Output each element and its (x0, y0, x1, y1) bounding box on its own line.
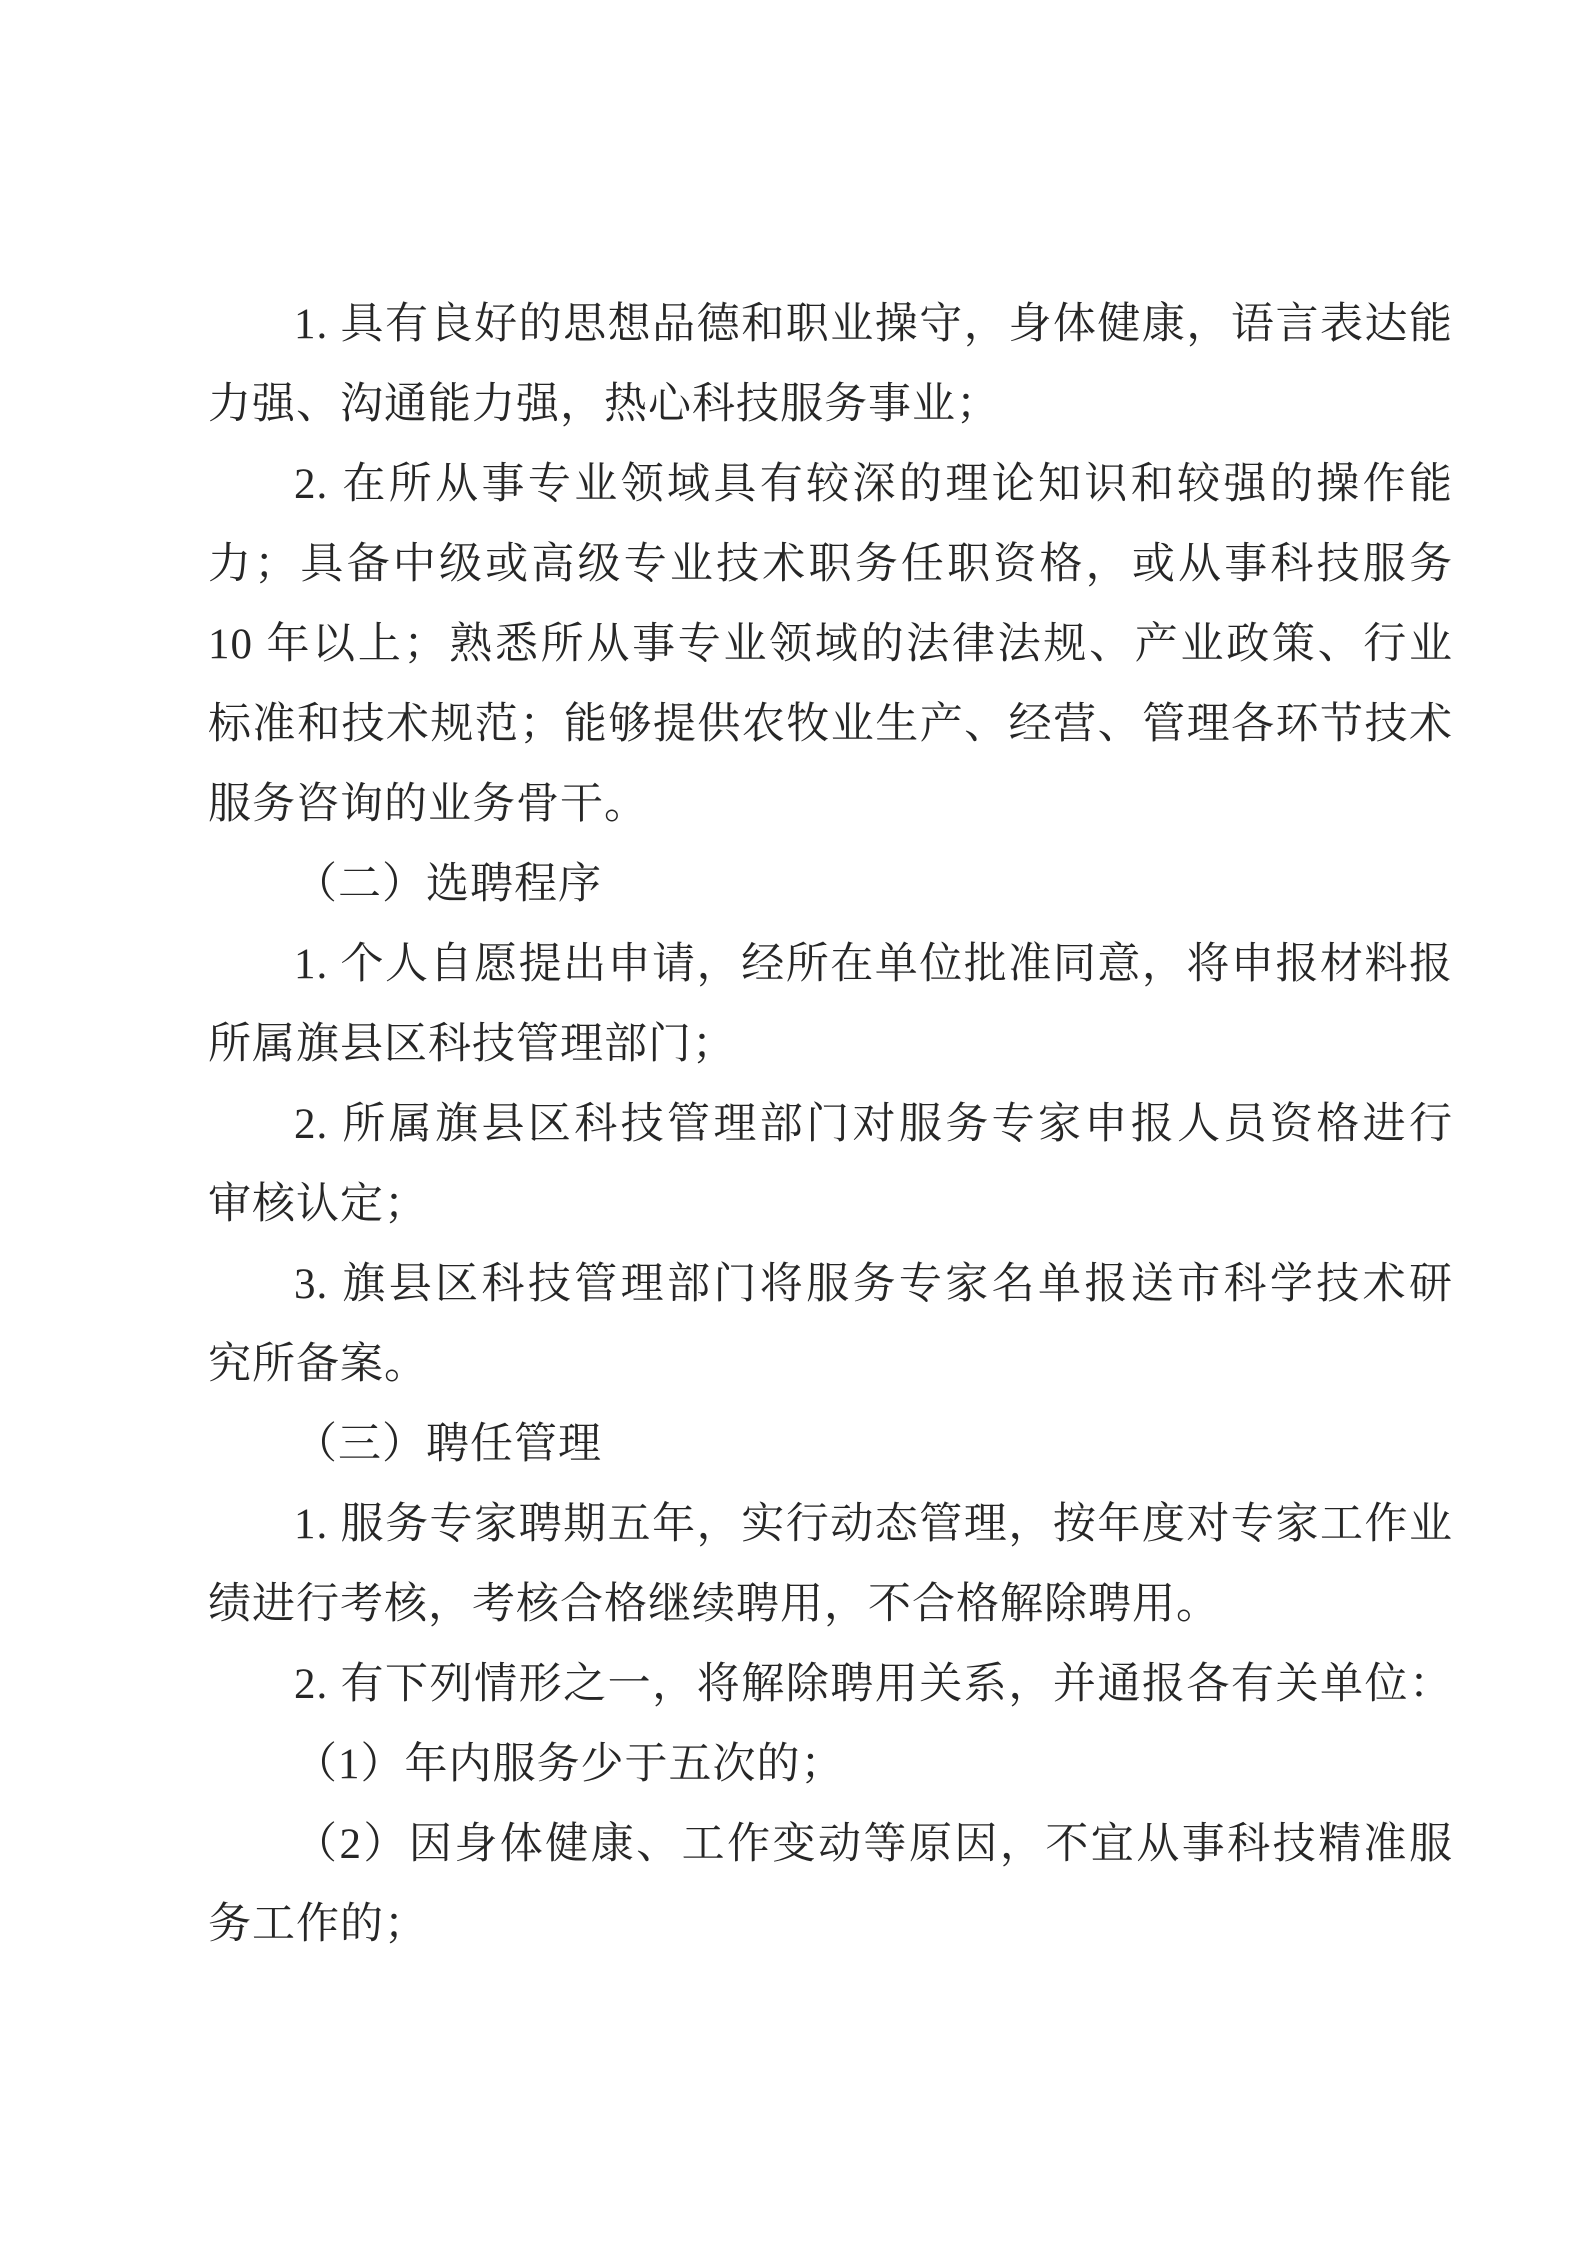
text-line: （三）聘任管理 (208, 1405, 1453, 1485)
text-line: 3. 旗县区科技管理部门将服务专家名单报送市科学技术研 (208, 1245, 1453, 1325)
text-line: （1）年内服务少于五次的； (208, 1725, 1453, 1805)
text-line: 1. 具有良好的思想品德和职业操守，身体健康，语言表达能 (208, 285, 1453, 365)
text-line: 绩进行考核，考核合格继续聘用，不合格解除聘用。 (208, 1565, 1453, 1645)
text-line: 10 年以上；熟悉所从事专业领域的法律法规、产业政策、行业 (208, 605, 1453, 685)
text-line: 力；具备中级或高级专业技术职务任职资格，或从事科技服务 (208, 525, 1453, 605)
text-line: 服务咨询的业务骨干。 (208, 765, 1453, 845)
text-line: 所属旗县区科技管理部门； (208, 1005, 1453, 1085)
text-line: （二）选聘程序 (208, 845, 1453, 925)
text-line: 2. 有下列情形之一，将解除聘用关系，并通报各有关单位： (208, 1645, 1453, 1725)
text-line: （2）因身体健康、工作变动等原因，不宜从事科技精准服 (208, 1805, 1453, 1885)
text-line: 务工作的； (208, 1885, 1453, 1965)
text-line: 2. 在所从事专业领域具有较深的理论知识和较强的操作能 (208, 445, 1453, 525)
document-page: 1. 具有良好的思想品德和职业操守，身体健康，语言表达能力强、沟通能力强，热心科… (0, 0, 1587, 2245)
text-line: 2. 所属旗县区科技管理部门对服务专家申报人员资格进行 (208, 1085, 1453, 1165)
text-line: 审核认定； (208, 1165, 1453, 1245)
text-line: 标准和技术规范；能够提供农牧业生产、经营、管理各环节技术 (208, 685, 1453, 765)
text-line: 力强、沟通能力强，热心科技服务事业； (208, 365, 1453, 445)
text-line: 1. 服务专家聘期五年，实行动态管理，按年度对专家工作业 (208, 1485, 1453, 1565)
document-body: 1. 具有良好的思想品德和职业操守，身体健康，语言表达能力强、沟通能力强，热心科… (208, 285, 1453, 1965)
text-line: 究所备案。 (208, 1325, 1453, 1405)
text-line: 1. 个人自愿提出申请，经所在单位批准同意，将申报材料报 (208, 925, 1453, 1005)
